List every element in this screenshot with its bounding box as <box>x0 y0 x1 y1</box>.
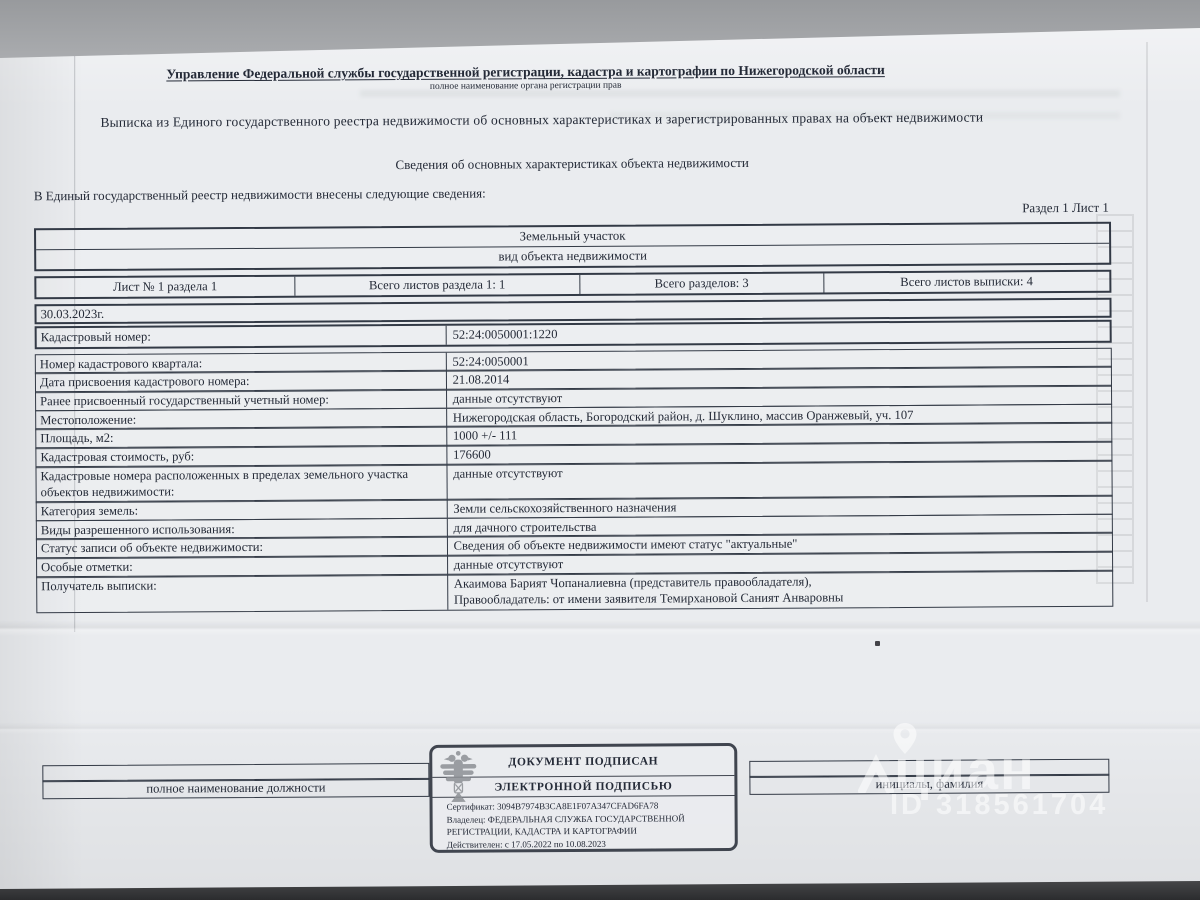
row-value: Акаимова Барият Чопаналиевна (представит… <box>448 570 1113 609</box>
row-label: Виды разрешенного использования: <box>37 518 448 539</box>
row-label: Получатель выписки: <box>37 574 448 612</box>
double-headed-eagle-icon <box>438 750 478 809</box>
sheet-cell: Всего разделов: 3 <box>580 273 824 293</box>
row-label: Дата присвоения кадастрового номера: <box>36 371 447 392</box>
watermark-id: ID 318561704 <box>890 790 1108 820</box>
row-label: Местоположение: <box>36 408 447 429</box>
row-label: Особые отметки: <box>37 556 448 577</box>
details-table: Номер кадастрового квартала: 52:24:00500… <box>35 347 1114 613</box>
digital-signature-stamp: ДОКУМЕНТ ПОДПИСАН ЭЛЕКТРОННОЙ ПОДПИСЬЮ С… <box>429 743 738 853</box>
row-label: Кадастровый номер: <box>37 326 447 347</box>
row-label: Категория земель: <box>37 500 448 521</box>
row-label: Площадь, м2: <box>36 427 447 448</box>
sheet-cell: Всего листов выписки: 4 <box>824 272 1110 293</box>
row-value: 52:24:0050001:1220 <box>446 322 1109 345</box>
sheet-cell: Всего листов раздела 1: 1 <box>295 275 581 296</box>
signature-position-block: полное наименование должности <box>42 763 429 800</box>
location-pin-icon <box>892 722 918 761</box>
stamp-owner-line1: Владелец: ФЕДЕРАЛЬНАЯ СЛУЖБА ГОСУДАРСТВЕ… <box>447 812 727 826</box>
object-type-table: Земельный участок вид объекта недвижимос… <box>34 222 1111 272</box>
row-label: Статус записи об объекте недвижимости: <box>37 537 448 558</box>
desk-surface-top <box>0 0 1200 60</box>
paper-crease <box>1146 42 1148 602</box>
sheet-info-row: Лист № 1 раздела 1 Всего листов раздела … <box>34 270 1111 300</box>
desk-surface-bottom <box>0 878 1200 900</box>
cadastral-number-row: Кадастровый номер: 52:24:0050001:1220 <box>35 320 1112 349</box>
table-row-recipient: Получатель выписки: Акаимова Барият Чопа… <box>36 569 1113 613</box>
row-value: данные отсутствуют <box>447 460 1112 499</box>
row-label: Номер кадастрового квартала: <box>36 352 447 373</box>
row-label: Кадастровые номера расположенных в преде… <box>36 464 447 502</box>
stamp-validity: Действителен: с 17.05.2022 по 10.08.2023 <box>447 837 727 851</box>
document-title: Выписка из Единого государственного реес… <box>3 109 1080 132</box>
cian-logo-mark <box>858 753 894 798</box>
recipient-line: Правообладатель: от имени заявителя Теми… <box>454 588 1106 608</box>
row-label: Ранее присвоенный государственный учетны… <box>36 390 447 411</box>
cian-watermark: циан ID 318561704 <box>858 720 1108 820</box>
document-photo: Управление Федеральной службы государств… <box>0 0 1200 900</box>
row-label: Кадастровая стоимость, руб: <box>36 446 447 467</box>
sheet-cell: Лист № 1 раздела 1 <box>36 277 295 298</box>
footer-position-caption: полное наименование должности <box>42 778 429 799</box>
section-title: Сведения об основных характеристиках объ… <box>34 153 1111 176</box>
